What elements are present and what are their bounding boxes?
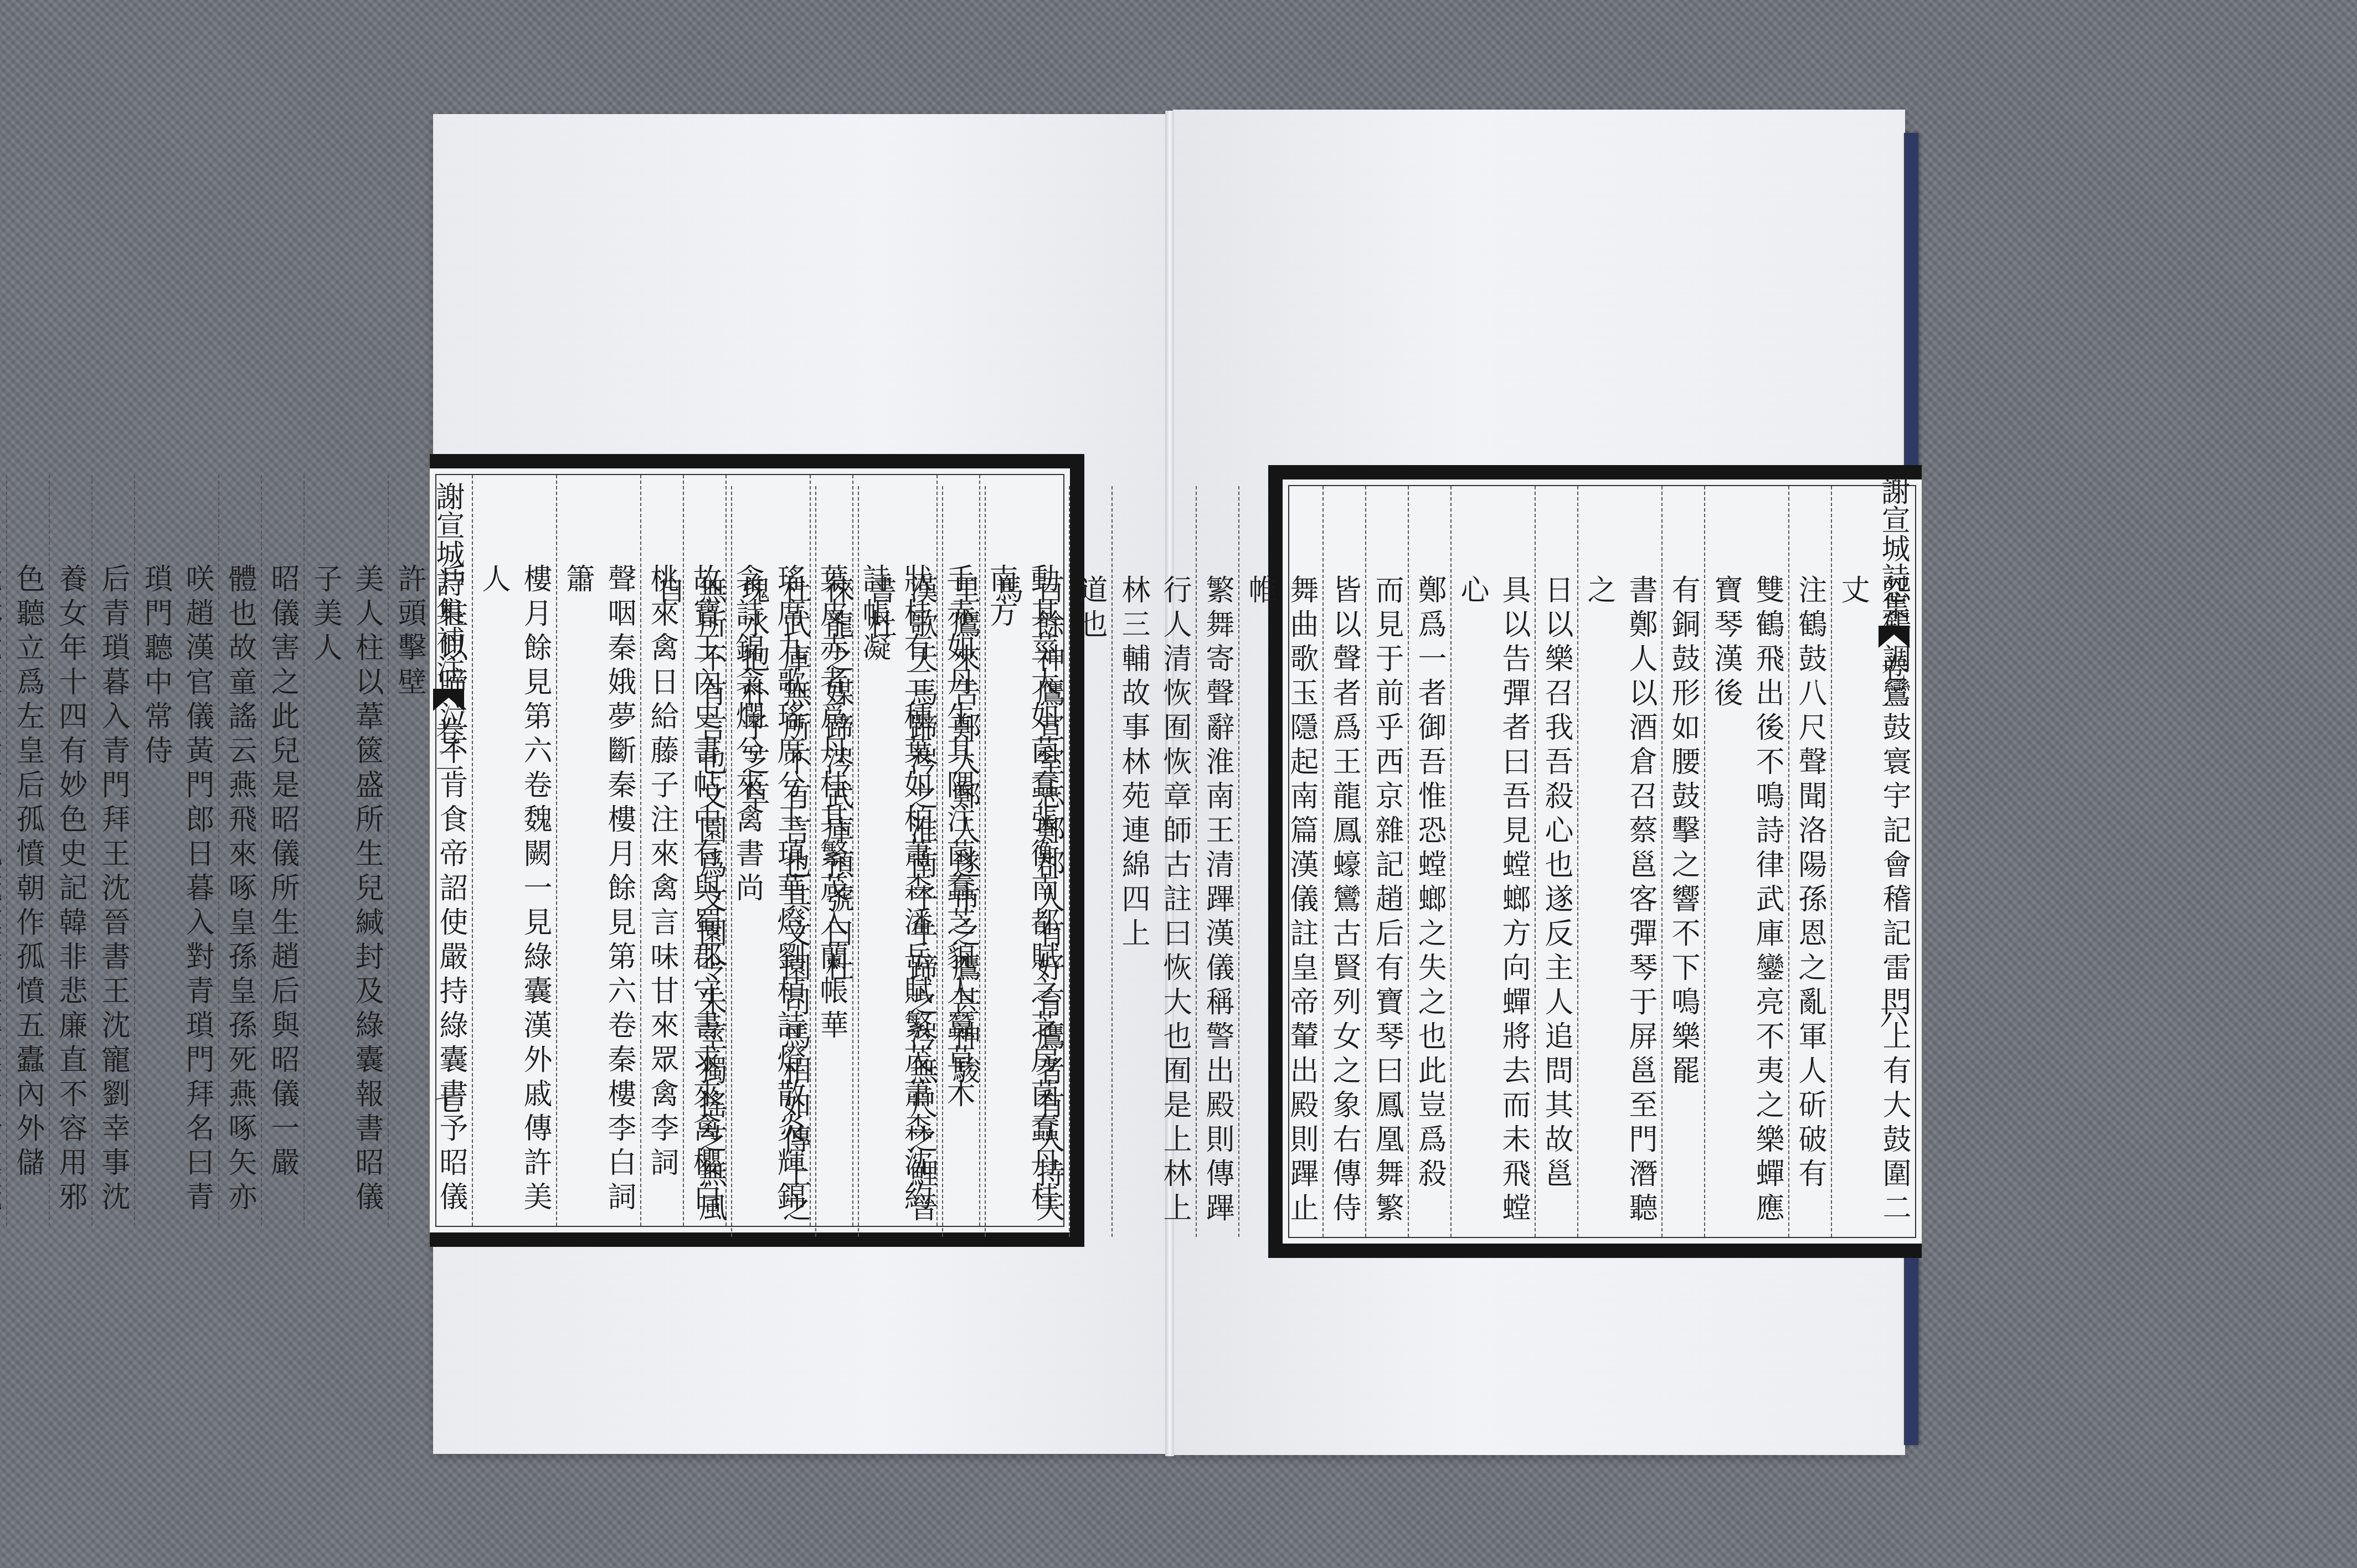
column-text: 養女年十四有妙色史記韓非悲廉直不容用邪 bbox=[50, 564, 91, 1216]
left-page-text-column: 說林說難十餘萬言九箴漢楊雄傳莫善於虞箴作 bbox=[0, 475, 6, 1226]
right-page-text-column: 鄭爲一者御吾惟恐螳螂之失之也此豈爲殺 bbox=[1408, 486, 1450, 1237]
right-page-text-column: 百餘神鷹宣室志鄭郡人有好育鷹者有人持天馬 bbox=[985, 486, 1069, 1237]
left-page-text-column: 色聽立爲左皇后孤憤朝作孤憤五蠹內外儲 bbox=[6, 475, 49, 1226]
column-text: 百餘神鷹宣室志鄭郡人有好育鷹者有人持天馬 bbox=[986, 575, 1069, 1237]
column-text: 杜武庫無所不有言也其文園司馬相如傳上之塊水抱朴子芝草 bbox=[732, 575, 815, 1237]
column-text: 皆以聲者爲王龍鳳蠔鸞古賢列女之象右傳侍 bbox=[1324, 575, 1365, 1227]
right-page-number: 六 bbox=[1879, 999, 1910, 1033]
left-page-text-column: 養女年十四有妙色史記韓非悲廉直不容用邪 bbox=[49, 475, 91, 1226]
column-text: 有銅鼓形如腰鼓擊之響不下鳴樂罷 bbox=[1663, 575, 1704, 1090]
column-text: 鄭爲一者御吾惟恐螳螂之失之也此豈爲殺 bbox=[1409, 575, 1450, 1193]
column-text: 日以樂召我吾殺心也遂反主人追問其故邕 bbox=[1536, 575, 1577, 1193]
column-text: 而見于前乎西京雜記趙后有寶琴曰鳳凰舞繁 bbox=[1366, 575, 1408, 1227]
column-text: 美人柱以葦篋盛所生兒緘封及綠囊報書昭儀子美人 bbox=[305, 564, 388, 1226]
column-text: 說林說難十餘萬言九箴漢楊雄傳莫善於虞箴作 bbox=[0, 564, 6, 1226]
column-text: 道也 bbox=[1070, 575, 1111, 643]
right-page-text-column: 繁舞寄聲辭淮南王清蹕漢儀稱警出殿則傳蹕 bbox=[1196, 486, 1238, 1237]
left-page-text-column: 后青瑣暮入青門拜王沈晉書王沈寵劉幸事沈 bbox=[91, 475, 134, 1226]
column-text: 雙鶴飛出後不鳴詩律武庫鑾亮不夷之樂蟬應寶琴漢後 bbox=[1705, 575, 1788, 1237]
column-text: 行人清恢囿恢章師古註曰恢大也囿是上林上林三輔故事林苑連綿四上 bbox=[1113, 575, 1196, 1237]
fishtail-ornament-icon bbox=[433, 689, 464, 711]
right-page-text-column: 無所不有言也文園爲文園令朱莖獨搖芝無風自 bbox=[648, 486, 731, 1237]
right-page-text-column: 舞曲歌玉隱起南篇漢儀註皇帝輦出殿則蹕止帷 bbox=[1238, 486, 1322, 1237]
right-page-text-column: 有銅鼓形如腰鼓擊之響不下鳴樂罷 bbox=[1661, 486, 1704, 1237]
right-banxin-margin: 謝宣城詩集 卷二 六 bbox=[1877, 476, 1911, 1033]
column-text: 昭儀害之此兒是昭儀所生趙后與昭儀一嚴 bbox=[262, 564, 303, 1182]
right-text-block: 怨鶴調鸞鼓寰宇記會稽記雷門上有大鼓圍二丈注鶴鼓八尺聲聞洛陽孫恩之亂軍人斫破有雙鶴… bbox=[1288, 485, 1916, 1238]
left-page-text-column: 昭儀害之此兒是昭儀所生趙后與昭儀一嚴 bbox=[261, 475, 303, 1226]
column-text: 漢歌天馬蹄涔之淮南子牛蹄之涔無尺之鯉晉書杜 bbox=[859, 575, 942, 1237]
column-text: 聲咽秦娥夢斷秦樓月餘見第六卷秦樓李白詞簫 bbox=[557, 564, 640, 1226]
right-volume-label: 卷二 bbox=[1879, 653, 1910, 711]
right-page-text-column: 行人清恢囿恢章師古註曰恢大也囿是上林上林三輔故事林苑連綿四上 bbox=[1111, 486, 1196, 1237]
right-page-text-column: 徠龍之媒蹄涔武庫預號曰杜 bbox=[815, 486, 858, 1237]
right-page-text-column: 皆以聲者爲王龍鳳蠔鸞古賢列女之象右傳侍 bbox=[1322, 486, 1365, 1237]
left-page-number: 七 bbox=[433, 1084, 464, 1118]
left-page-text-column: 樓月餘見第六卷魏闕一見綠囊漢外戚傳許美人 bbox=[472, 475, 556, 1226]
column-text: 注鶴鼓八尺聲聞洛陽孫恩之亂軍人斫破有 bbox=[1789, 575, 1831, 1193]
right-page-text-column: 道也 bbox=[1069, 486, 1111, 1237]
right-page-text-column: 雙鶴飛出後不鳴詩律武庫鑾亮不夷之樂蟬應寶琴漢後 bbox=[1704, 486, 1788, 1237]
right-banxin-title: 謝宣城詩集 bbox=[1879, 476, 1910, 620]
right-page-text-column: 具以告彈者曰吾見螳螂方向蟬將去而未飛螳心 bbox=[1450, 486, 1535, 1237]
column-text: 咲趙漢官儀黃門郎日暮入對青瑣門拜名曰青瑣門聽中常侍 bbox=[135, 564, 218, 1226]
column-text: 繁舞寄聲辭淮南王清蹕漢儀稱警出殿則傳蹕 bbox=[1197, 575, 1238, 1227]
column-text: 書鄭人以酒倉召蔡邕客彈琴于屏邕至門潛聽之 bbox=[1578, 575, 1661, 1237]
left-page-text-column: 咲趙漢官儀黃門郎日暮入對青瑣門拜名曰青瑣門聽中常侍 bbox=[134, 475, 218, 1226]
left-page-text-column: 美人柱以葦篋盛所生兒緘封及綠囊報書昭儀子美人 bbox=[303, 475, 388, 1226]
left-banxin-title: 謝宣城詩集補注 bbox=[433, 482, 464, 683]
column-text: 具以告彈者曰吾見螳螂方向蟬將去而未飛螳心 bbox=[1452, 575, 1535, 1237]
right-page-text-column: 書鄭人以酒倉召蔡邕客彈琴于屏邕至門潛聽之 bbox=[1577, 486, 1661, 1237]
left-banxin-margin: 謝宣城詩集補注 卷二 七 bbox=[432, 482, 465, 1118]
right-page-text-column: 漢歌天馬蹄涔之淮南子牛蹄之涔無尺之鯉晉書杜 bbox=[858, 486, 942, 1237]
right-page-text-column: 里鷹來告鄭人鄭人遂市之鷹甚神駿 bbox=[942, 486, 985, 1237]
column-text: 無所不有言也文園爲文園令朱莖獨搖芝無風自 bbox=[648, 575, 731, 1237]
column-text: 體也故童謠云燕飛來啄皇孫皇孫死燕啄矢亦 bbox=[219, 564, 261, 1216]
right-page-text-column: 日以樂召我吾殺心也遂反主人追問其故邕 bbox=[1535, 486, 1577, 1237]
right-page-text-column: 注鶴鼓八尺聲聞洛陽孫恩之亂軍人斫破有 bbox=[1788, 486, 1831, 1237]
column-text: 里鷹來告鄭人鄭人遂市之鷹甚神駿 bbox=[943, 575, 985, 1090]
left-page-text-column: 體也故童謠云燕飛來啄皇孫皇孫死燕啄矢亦 bbox=[218, 475, 261, 1226]
column-text: 樓月餘見第六卷魏闕一見綠囊漢外戚傳許美人 bbox=[473, 564, 556, 1226]
column-text: 后青瑣暮入青門拜王沈晉書王沈寵劉幸事沈 bbox=[92, 564, 134, 1216]
column-text: 徠龍之媒蹄涔武庫預號曰杜 bbox=[816, 575, 858, 987]
left-page-text-column: 聲咽秦娥夢斷秦樓月餘見第六卷秦樓李白詞簫 bbox=[556, 475, 640, 1226]
right-printed-frame: 怨鶴調鸞鼓寰宇記會稽記雷門上有大鼓圍二丈注鶴鼓八尺聲聞洛陽孫恩之亂軍人斫破有雙鶴… bbox=[1268, 465, 1922, 1258]
right-page-text-column: 杜武庫無所不有言也其文園司馬相如傳上之塊水抱朴子芝草 bbox=[731, 486, 815, 1237]
right-page-text-column: 而見于前乎西京雜記趙后有寶琴曰鳳凰舞繁 bbox=[1365, 486, 1408, 1237]
column-text: 色聽立爲左皇后孤憤朝作孤憤五蠹內外儲 bbox=[7, 564, 49, 1182]
fishtail-ornament-icon bbox=[1879, 626, 1910, 648]
left-volume-label: 卷二 bbox=[433, 716, 464, 774]
column-text: 舞曲歌玉隱起南篇漢儀註皇帝輦出殿則蹕止帷 bbox=[1239, 575, 1322, 1237]
